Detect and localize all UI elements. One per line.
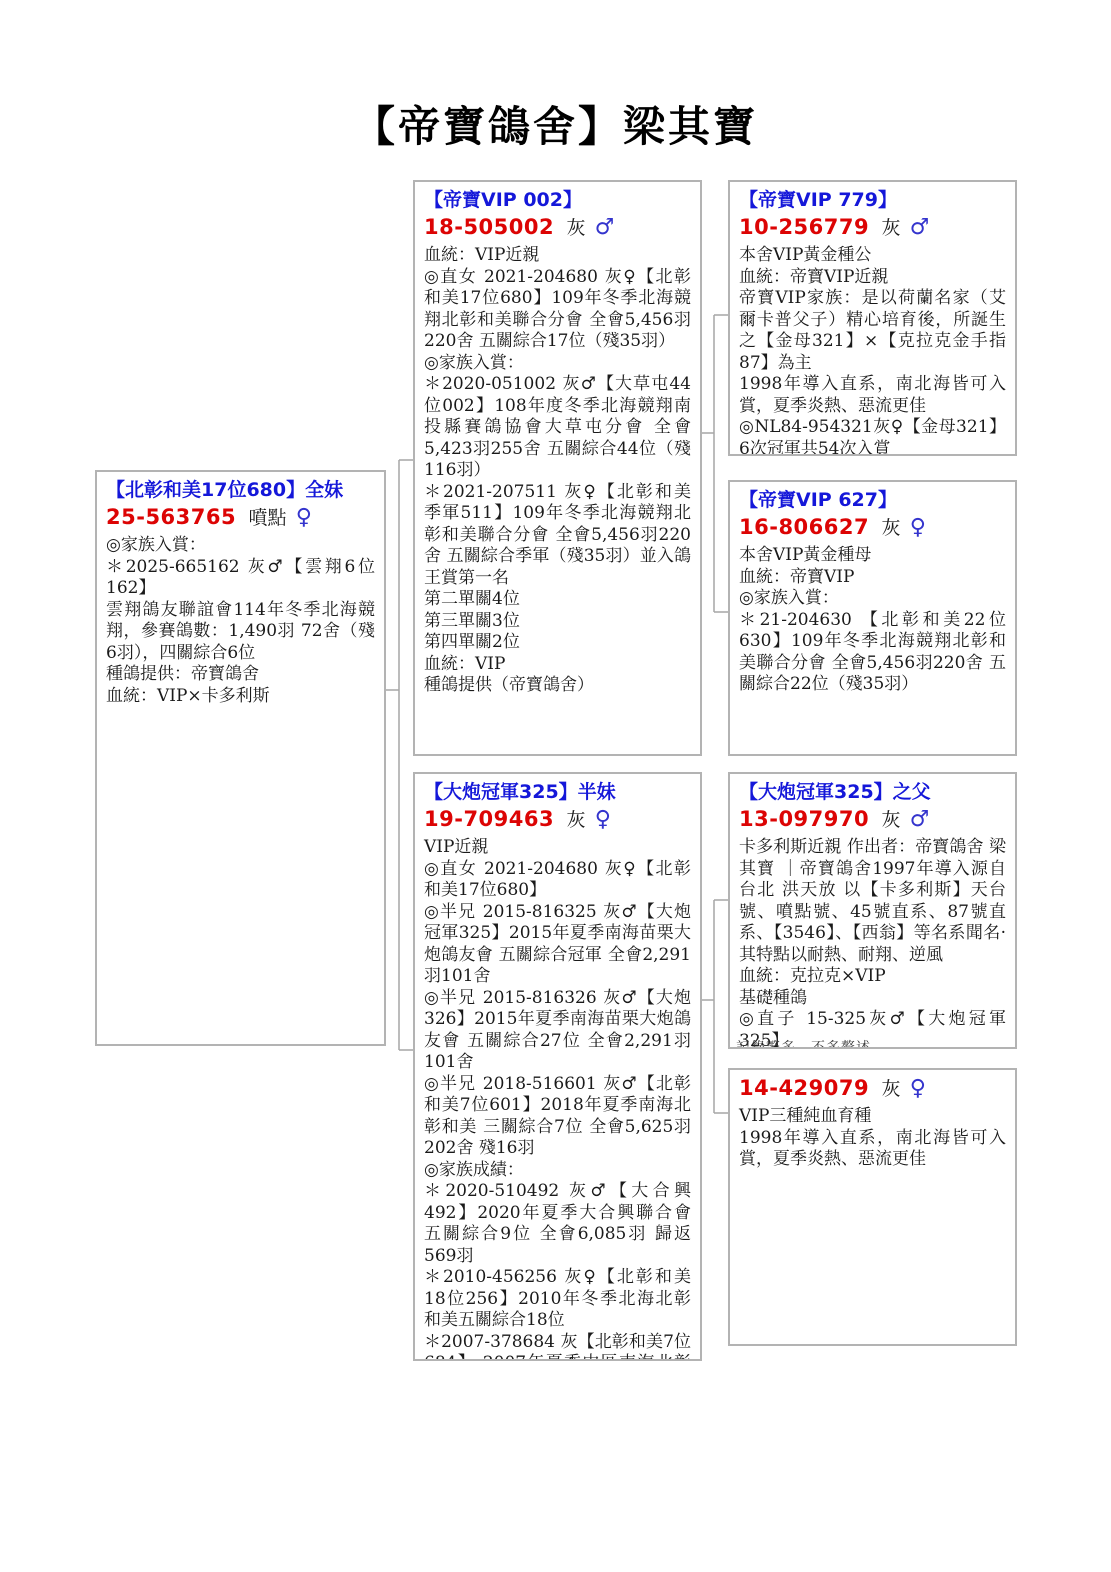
detail-line: ◎半兄 2015-816325 灰♂【大炮冠軍325】2015年夏季南海苗栗大炮… [424, 902, 691, 988]
detail-line: 血統：帝寶VIP近親 [739, 267, 1006, 289]
pigeon-name-label: 【大炮冠軍325】半妹 [424, 779, 691, 806]
detail-line: ＊21-204630 【北彰和美22位630】109年冬季北海競翔北彰和美聯合分… [739, 610, 1006, 696]
pigeon-name-label: 【北彰和美17位680】全妹 [106, 477, 375, 504]
female-symbol: ♀ [296, 505, 312, 530]
detail-line: ◎直女 2021-204680 灰♀【北彰和美17位680】 [424, 859, 691, 902]
detail-line: ＊2021-207511 灰♀【北彰和美季軍511】109年冬季北海競翔北彰和美… [424, 482, 691, 590]
detail-line: ＊2025-665162 灰♂【雲翔6位162】 [106, 557, 375, 600]
ring-line: 18-505002 灰 ♂ [424, 214, 691, 242]
pigeon-details: 卡多利斯近親 作出者：帝寶鴿舍 梁其寶 ｜帝寶鴿舍1997年導入源自 台北 洪天… [739, 837, 1006, 1049]
ring-line: 14-429079 灰 ♀ [739, 1075, 1006, 1103]
pigeon-details: VIP近親◎直女 2021-204680 灰♀【北彰和美17位680】◎半兄 2… [424, 837, 691, 1361]
plumage-label: 灰 [566, 217, 585, 239]
detail-line: 1998年導入直系，南北海皆可入賞，夏季炎熱、惡流更佳 [739, 1128, 1006, 1171]
detail-line: ＊2020-051002 灰♂【大草屯44位002】108年度冬季北海競翔南投縣… [424, 374, 691, 482]
plumage-label: 灰 [566, 809, 585, 831]
pedigree-box-sire: 【帝寶VIP 002】 18-505002 灰 ♂ 血統：VIP近親◎直女 20… [413, 180, 702, 756]
plumage-label: 灰 [881, 217, 900, 239]
detail-line: 種鴿提供：帝寶鴿舍 [106, 664, 375, 686]
detail-line: ◎家族入賞： [739, 588, 1006, 610]
ring-number: 16-806627 [739, 515, 869, 539]
detail-line: ＊2010-456256 灰♀【北彰和美18位256】2010年冬季北海北彰和美… [424, 1267, 691, 1332]
detail-line: 基礎種鴿 [739, 988, 1006, 1010]
female-symbol: ♀ [910, 515, 926, 540]
ring-number: 18-505002 [424, 215, 554, 239]
detail-line: ＊2020-510492 灰♂【大合興492】2020年夏季大合興聯合會 五關綜… [424, 1181, 691, 1267]
detail-line: 血統：VIP×卡多利斯 [106, 686, 375, 708]
pedigree-page: 【帝寶鴿舍】梁其寶 【北彰和美17位680】全妹 25-563765 噴點 ♀ … [0, 0, 1111, 1572]
ring-number: 10-256779 [739, 215, 869, 239]
detail-line: ◎家族入賞： [106, 535, 375, 557]
plumage-label: 灰 [881, 1078, 900, 1100]
male-symbol: ♂ [910, 215, 930, 240]
plumage-label: 灰 [881, 809, 900, 831]
pigeon-details: 本舍VIP黃金種公血統：帝寶VIP近親帝寶VIP家族：是以荷蘭名家（艾爾卡普父子… [739, 245, 1006, 456]
detail-line: 血統：VIP [424, 654, 691, 676]
female-symbol: ♀ [910, 1076, 926, 1101]
detail-line: ◎家族成績： [424, 1160, 691, 1182]
detail-line: 本舍VIP黃金種母 [739, 545, 1006, 567]
pedigree-box-dam: 【大炮冠軍325】半妹 19-709463 灰 ♀ VIP近親◎直女 2021-… [413, 772, 702, 1361]
detail-line: VIP近親 [424, 837, 691, 859]
detail-line: 血統：帝寶VIP [739, 567, 1006, 589]
ring-number: 13-097970 [739, 807, 869, 831]
ring-line: 16-806627 灰 ♀ [739, 514, 1006, 542]
detail-line: 第四單關2位 [424, 632, 691, 654]
pigeon-name-label: 【帝寶VIP 779】 [739, 187, 1006, 214]
ring-number: 14-429079 [739, 1076, 869, 1100]
male-symbol: ♂ [910, 807, 930, 832]
pedigree-box-grandsire-maternal: 【大炮冠軍325】之父 13-097970 灰 ♂ 卡多利斯近親 作出者：帝寶鴿… [728, 772, 1017, 1049]
detail-line: ◎直女 2021-204680 灰♀【北彰和美17位680】109年冬季北海競翔… [424, 267, 691, 353]
pedigree-box-granddam-paternal: 【帝寶VIP 627】 16-806627 灰 ♀ 本舍VIP黃金種母血統：帝寶… [728, 480, 1017, 756]
detail-line: 第二單關4位 [424, 589, 691, 611]
female-symbol: ♀ [595, 807, 611, 832]
pigeon-name-label: 【帝寶VIP 002】 [424, 187, 691, 214]
pedigree-box-granddam-maternal: 14-429079 灰 ♀ VIP三種純血育種1998年導入直系，南北海皆可入賞… [728, 1068, 1017, 1346]
ring-line: 10-256779 灰 ♂ [739, 214, 1006, 242]
detail-line: ◎家族入賞： [424, 353, 691, 375]
pigeon-name-label: 【帝寶VIP 627】 [739, 487, 1006, 514]
detail-line: 本舍VIP黃金種公 [739, 245, 1006, 267]
ring-line: 19-709463 灰 ♀ [424, 806, 691, 834]
pigeon-details: 本舍VIP黃金種母血統：帝寶VIP◎家族入賞：＊21-204630 【北彰和美2… [739, 545, 1006, 696]
pigeon-details: VIP三種純血育種1998年導入直系，南北海皆可入賞，夏季炎熱、惡流更佳 [739, 1106, 1006, 1171]
detail-line: ◎半兄 2018-516601 灰♂【北彰和美7位601】2018年夏季南海北彰… [424, 1074, 691, 1160]
detail-line: 種鴿提供（帝寶鴿舍） [424, 675, 691, 697]
ring-line: 25-563765 噴點 ♀ [106, 504, 375, 532]
ring-number: 25-563765 [106, 505, 236, 529]
detail-line: 雲翔鴿友聯誼會114年冬季北海競翔，參賽鴿數：1,490羽 72舍（殘6羽），四… [106, 600, 375, 665]
detail-line: ◎NL84-954321灰♀【金母321】6次冠軍共54次入賞 [739, 417, 1006, 456]
pigeon-name-label: 【大炮冠軍325】之父 [739, 779, 1006, 806]
detail-line: ◎半兄 2015-816326 灰♂【大炮326】2015年夏季南海苗栗大炮鴿友… [424, 988, 691, 1074]
detail-line: 卡多利斯近親 作出者：帝寶鴿舍 梁其寶 ｜帝寶鴿舍1997年導入源自 台北 洪天… [739, 837, 1006, 966]
male-symbol: ♂ [595, 215, 615, 240]
detail-line: 第三單關3位 [424, 611, 691, 633]
pedigree-box-grandsire-paternal: 【帝寶VIP 779】 10-256779 灰 ♂ 本舍VIP黃金種公血統：帝寶… [728, 180, 1017, 456]
ring-number: 19-709463 [424, 807, 554, 831]
pigeon-details: 血統：VIP近親◎直女 2021-204680 灰♀【北彰和美17位680】10… [424, 245, 691, 697]
pedigree-box-full-sister: 【北彰和美17位680】全妹 25-563765 噴點 ♀ ◎家族入賞：＊202… [95, 470, 386, 1046]
pigeon-details: ◎家族入賞：＊2025-665162 灰♂【雲翔6位162】雲翔鴿友聯誼會114… [106, 535, 375, 707]
ring-line: 13-097970 灰 ♂ [739, 806, 1006, 834]
page-title: 【帝寶鴿舍】梁其寶 [0, 94, 1111, 154]
detail-line: ＊2007-378684 灰【北彰和美7位684】 2007年夏季中區南海北彰和… [424, 1332, 691, 1362]
plumage-label: 灰 [881, 517, 900, 539]
detail-line: VIP三種純血育種 [739, 1106, 1006, 1128]
detail-line: 帝寶VIP家族：是以荷蘭名家（艾爾卡普父子）精心培育後，所誕生之【金母321】×… [739, 288, 1006, 374]
detail-line: 血統：克拉克×VIP [739, 966, 1006, 988]
plumage-label: 噴點 [248, 507, 286, 529]
detail-line: 血統：VIP近親 [424, 245, 691, 267]
detail-line: 1998年導入直系，南北海皆可入賞，夏季炎熱、惡流更佳 [739, 374, 1006, 417]
